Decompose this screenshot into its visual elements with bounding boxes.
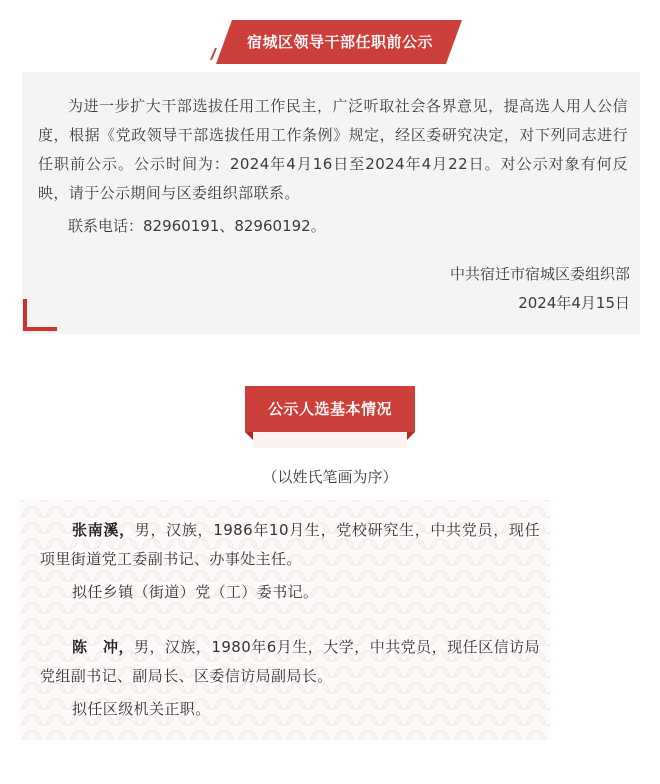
header-banner: 宿城区领导干部任职前公示 [206, 20, 462, 64]
header-banner-title: 宿城区领导干部任职前公示 [228, 20, 452, 64]
section-banner-title: 公示人选基本情况 [245, 386, 415, 432]
candidate-proposed-post: 拟任乡镇（街道）党（工）委书记。 [40, 578, 540, 607]
candidate-list: 张南溪，男，汉族，1986年10月生，党校研究生，中共党员，现任项里街道党工委副… [40, 516, 540, 724]
ribbon-fold-right-icon [407, 432, 415, 440]
candidate-proposed-post: 拟任区级机关正职。 [40, 695, 540, 724]
notice-signature: 中共宿迁市宿城区委组织部 2024年4月15日 [450, 260, 630, 318]
order-note: （以姓氏笔画为序） [0, 466, 660, 487]
ribbon-fold-left-icon [245, 432, 253, 440]
notice-paragraph: 为进一步扩大干部选拔任用工作民主，广泛听取社会各界意见，提高选人用人公信度，根据… [38, 92, 628, 208]
notice-phone: 联系电话：82960191、82960192。 [38, 212, 628, 241]
notice-box: 为进一步扩大干部选拔任用工作民主，广泛听取社会各界意见，提高选人用人公信度，根据… [22, 72, 640, 334]
candidate-name: 陈 冲， [72, 638, 134, 656]
candidate-item: 陈 冲，男，汉族，1980年6月生，大学，中共党员，现任区信访局党组副书记、副局… [40, 633, 540, 724]
signature-org: 中共宿迁市宿城区委组织部 [450, 260, 630, 289]
corner-bracket-icon [23, 299, 57, 331]
candidate-name: 张南溪， [72, 521, 135, 539]
banner-ribbon-flap [253, 432, 407, 448]
candidate-item: 张南溪，男，汉族，1986年10月生，党校研究生，中共党员，现任项里街道党工委副… [40, 516, 540, 607]
section-banner: 公示人选基本情况 [245, 386, 415, 448]
signature-date: 2024年4月15日 [450, 289, 630, 318]
